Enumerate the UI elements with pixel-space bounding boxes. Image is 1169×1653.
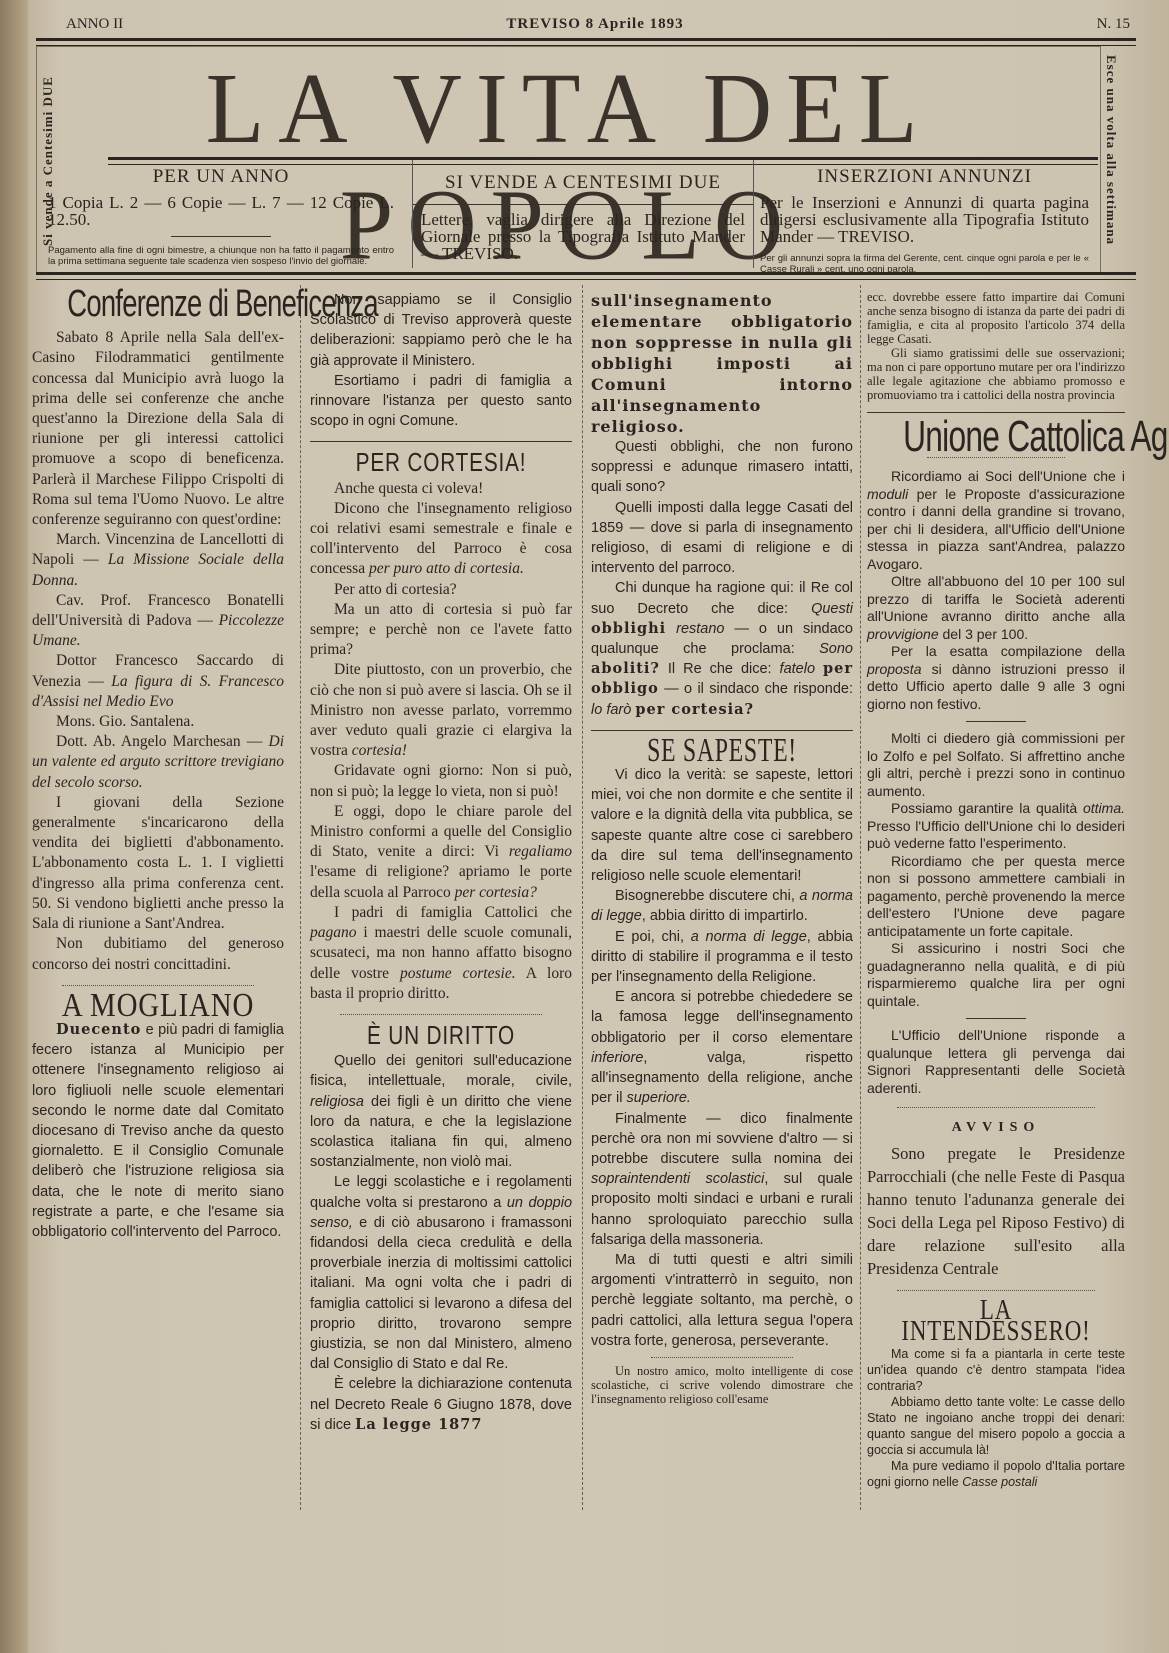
emphasis: per puro atto di cortesia. (369, 560, 524, 577)
paragraph: Vi dico la verità: se sapeste, lettori m… (591, 765, 853, 886)
paragraph: Ricordiamo che per questa merce non si p… (867, 853, 1125, 941)
column-4: ecc. dovrebbe essere fatto impartire dai… (867, 290, 1125, 1490)
divider (651, 1357, 793, 1358)
paragraph: Chi dunque ha ragione qui: il Re col suo… (591, 578, 853, 719)
emphasis: moduli (867, 486, 908, 502)
paragraph: Sono pregate le Presidenze Parrocchiali … (867, 1142, 1125, 1280)
column-divider (860, 285, 861, 1510)
paragraph: I padri di famiglia Cattolici che pagano… (310, 903, 572, 1004)
paragraph: È celebre la dichiarazione contenuta nel… (310, 1374, 572, 1435)
text: Dite piuttosto, con un proverbio, che ci… (310, 661, 572, 759)
bold-text: per cortesia? (635, 701, 754, 718)
emphasis: religiosa (310, 1094, 364, 1110)
paragraph: Quello dei genitori sull'educazione fisi… (310, 1051, 572, 1172)
article-heading-sapeste: SE SAPESTE! (630, 741, 813, 761)
paragraph: Si assicurino i nostri Soci che guadagne… (867, 940, 1125, 1010)
text: Finalmente — dico finalmente perchè ora … (591, 1111, 853, 1167)
paragraph: Gridavate ogni giorno: Non si può, non s… (310, 761, 572, 801)
divider (966, 1018, 1026, 1019)
emphasis: pagano (310, 924, 357, 941)
paragraph: March. Vincenzina de Lancellotti di Napo… (32, 530, 284, 591)
emphasis: regaliamo (509, 843, 572, 860)
divider (413, 204, 753, 205)
ads-heading: INSERZIONI ANNUNZI (752, 166, 1097, 188)
paragraph: Non sappiamo se il Consiglio Scolastico … (310, 290, 572, 371)
paragraph: Per la esatta compilazione della propost… (867, 643, 1125, 713)
text: Bisognerebbe discutere chi, (615, 888, 799, 904)
paragraph: Esortiamo i padri di famiglia a rinnovar… (310, 371, 572, 432)
emphasis: proposta (867, 661, 921, 677)
paragraph: Ma come si fa a piantarla in certe teste… (867, 1346, 1125, 1394)
text: Il Re che dice: (660, 661, 780, 677)
emphasis: Questi (811, 601, 853, 617)
newspaper-page: ANNO II TREVISO 8 Aprile 1893 N. 15 LA V… (0, 0, 1169, 1653)
paragraph: Sabato 8 Aprile nella Sala dell'ex-Casin… (32, 328, 284, 530)
paragraph: Cav. Prof. Francesco Bonatelli dell'Univ… (32, 591, 284, 652)
ads-body: Per le Inserzioni e Annunzi di quarta pa… (760, 194, 1089, 245)
emphasis: a norma di legge (691, 929, 807, 945)
divider (171, 236, 271, 237)
divider (966, 721, 1026, 722)
paragraph: Non dubitiamo del generoso concorso dei … (32, 934, 284, 974)
paragraph: Ma un atto di cortesia si può far sempre… (310, 600, 572, 661)
paragraph: Ricordiamo ai Soci dell'Unione che i mod… (867, 468, 1125, 573)
side-note-right: Esce una volta alla settimana (1103, 55, 1119, 255)
issue-number: N. 15 (1097, 16, 1130, 33)
column-divider (582, 285, 583, 1510)
column-1: Conferenze di Beneficenza Sabato 8 April… (32, 290, 284, 1242)
top-rule (36, 38, 1136, 46)
paragraph: Oltre all'abbuono del 10 per 100 sul pre… (867, 573, 1125, 643)
paragraph: Dott. Ab. Angelo Marchesan — Di un valen… (32, 732, 284, 793)
paragraph: L'Ufficio dell'Unione risponde a qualunq… (867, 1027, 1125, 1097)
paragraph: Dicono che l'insegnamento religioso coi … (310, 499, 572, 580)
subscription-heading: PER UN ANNO (40, 166, 402, 188)
paragraph: Un nostro amico, molto intelligente di c… (591, 1364, 853, 1406)
article-heading-avviso: AVVISO (867, 1118, 1125, 1138)
paragraph: Anche questa ci voleva! (310, 479, 572, 499)
ads-box: INSERZIONI ANNUNZI Per le Inserzioni e A… (752, 160, 1097, 268)
intendessero-body: Ma come si fa a piantarla in certe teste… (867, 1346, 1125, 1490)
paragraph: ecc. dovrebbe essere fatto impartire dai… (867, 290, 1125, 346)
text: E poi, chi, (615, 929, 691, 945)
paragraph: Quelli imposti dalla legge Casati del 18… (591, 498, 853, 579)
bold-quote: La legge 1877 (355, 1416, 482, 1433)
paragraph: E poi, chi, a norma di legge, abbia diri… (591, 927, 853, 988)
subscription-box: PER UN ANNO 1 Copia L. 2 — 6 Copie — L. … (40, 160, 402, 268)
price-heading: SI VENDE A CENTESIMI DUE (413, 172, 753, 194)
paragraph: Molti ci diedero già commissioni per lo … (867, 730, 1125, 800)
divider (340, 1014, 542, 1015)
text: Ricordiamo ai Soci dell'Unione che i (891, 468, 1125, 484)
article-heading-conferenze: Conferenze di Beneficenza (67, 294, 248, 314)
dateline: TREVISO 8 Aprile 1893 (60, 16, 1130, 33)
article-heading-diritto: È UN DIRITTO (336, 1025, 546, 1045)
paragraph: Ma di tutti questi e altri simili argome… (591, 1250, 853, 1351)
paragraph: Le leggi scolastiche e i regolamenti qua… (310, 1172, 572, 1374)
emphasis: sopraintendenti scolastici (591, 1171, 764, 1187)
price-box: SI VENDE A CENTESIMI DUE Lettere, vaglia… (412, 160, 754, 268)
emphasis: Sono (819, 641, 853, 657)
emphasis: provvigione (867, 626, 939, 642)
bold-text: obblighi (591, 620, 666, 637)
paragraph: Questi obblighi, che non furono soppress… (591, 437, 853, 498)
top-line: ANNO II TREVISO 8 Aprile 1893 N. 15 (60, 14, 1130, 38)
emphasis: per cortesia? (455, 884, 537, 901)
text: e più padri di famiglia fecero istanza a… (32, 1022, 284, 1240)
text: Possiamo garantire la qualità (891, 800, 1083, 816)
divider (62, 985, 254, 986)
divider (897, 1290, 1095, 1291)
article-heading-mogliano: A MOGLIANO (51, 996, 265, 1016)
divider (897, 1107, 1095, 1108)
paragraph: Duecento e più padri di famiglia fecero … (32, 1020, 284, 1242)
emphasis: lo farò (591, 702, 631, 718)
paragraph: E ancora si potrebbe chiededere se la fa… (591, 987, 853, 1108)
paragraph: Abbiamo detto tante volte: Le casse dell… (867, 1394, 1125, 1458)
text: Oltre all'abbuono del 10 per 100 sul pre… (867, 573, 1125, 624)
bold-text: aboliti? (591, 660, 660, 677)
divider (591, 730, 853, 731)
text: e di ciò abusarono i framassoni fidandos… (310, 1215, 572, 1372)
text: Quello dei genitori sull'educazione fisi… (310, 1053, 572, 1089)
column-divider (300, 285, 301, 1510)
paragraph: Finalmente — dico finalmente perchè ora … (591, 1109, 853, 1250)
article-heading-cortesia: PER CORTESIA! (336, 452, 546, 472)
text: , abbia diritto di impartirlo. (642, 908, 808, 924)
subscription-note: Pagamento alla fine di ogni bimestre, a … (48, 245, 394, 267)
emphasis: ottima. (1083, 800, 1125, 816)
divider (310, 441, 572, 442)
price-body: Lettere, vaglia dirigere alla Direzione … (421, 211, 745, 262)
text: Per la esatta compilazione della (891, 643, 1125, 659)
text: del 3 per 100. (939, 626, 1029, 642)
emphasis: superiore. (626, 1090, 690, 1106)
subscription-prices: 1 Copia L. 2 — 6 Copie — L. 7 — 12 Copie… (48, 194, 394, 228)
text: Presso l'Ufficio dell'Unione chi lo desi… (867, 818, 1125, 852)
text: Dott. Ab. Angelo Marchesan — (56, 733, 269, 750)
column-2: Non sappiamo se il Consiglio Scolastico … (310, 290, 572, 1435)
paragraph: I giovani della Sezione generalmente s'i… (32, 793, 284, 934)
emphasis: Casse postali (962, 1475, 1037, 1489)
page-binding-edge (0, 0, 28, 1653)
header-bottom-rule (36, 272, 1136, 280)
emphasis: restano (676, 621, 724, 637)
paragraph: Bisognerebbe discutere chi, a norma di l… (591, 886, 853, 926)
article-heading-unione: Unione Cattolica Agricola (903, 427, 1089, 447)
text: I padri di famiglia Cattolici che (334, 904, 572, 921)
emphasis: postume cortesie. (400, 965, 516, 982)
bold-quote-continuation: sull'insegnamento elementare obbligatori… (591, 290, 853, 437)
paragraph: Dite piuttosto, con un proverbio, che ci… (310, 660, 572, 761)
paragraph: E oggi, dopo le chiare parole del Minist… (310, 802, 572, 903)
emphasis: inferiore (591, 1050, 643, 1066)
paragraph: Mons. Gio. Santalena. (32, 712, 284, 732)
emphasis: cortesia! (352, 742, 407, 759)
paragraph: Dottor Francesco Saccardo di Venezia — L… (32, 651, 284, 712)
emphasis: fatelo (780, 661, 815, 677)
article-heading-intendessero: LA INTENDESSERO! (890, 1301, 1102, 1341)
text: E ancora si potrebbe chiededere se la fa… (591, 989, 853, 1045)
text: — o il sindaco che risponde: (659, 681, 853, 697)
paragraph: Per atto di cortesia? (310, 580, 572, 600)
paragraph: Ma pure vediamo il popolo d'Italia porta… (867, 1458, 1125, 1490)
paragraph: Gli siamo gratissimi delle sue osservazi… (867, 346, 1125, 402)
unione-body: Ricordiamo ai Soci dell'Unione che i mod… (867, 468, 1125, 1097)
paragraph: Possiamo garantire la qualità ottima. Pr… (867, 800, 1125, 853)
column-3: sull'insegnamento elementare obbligatori… (591, 290, 853, 1406)
